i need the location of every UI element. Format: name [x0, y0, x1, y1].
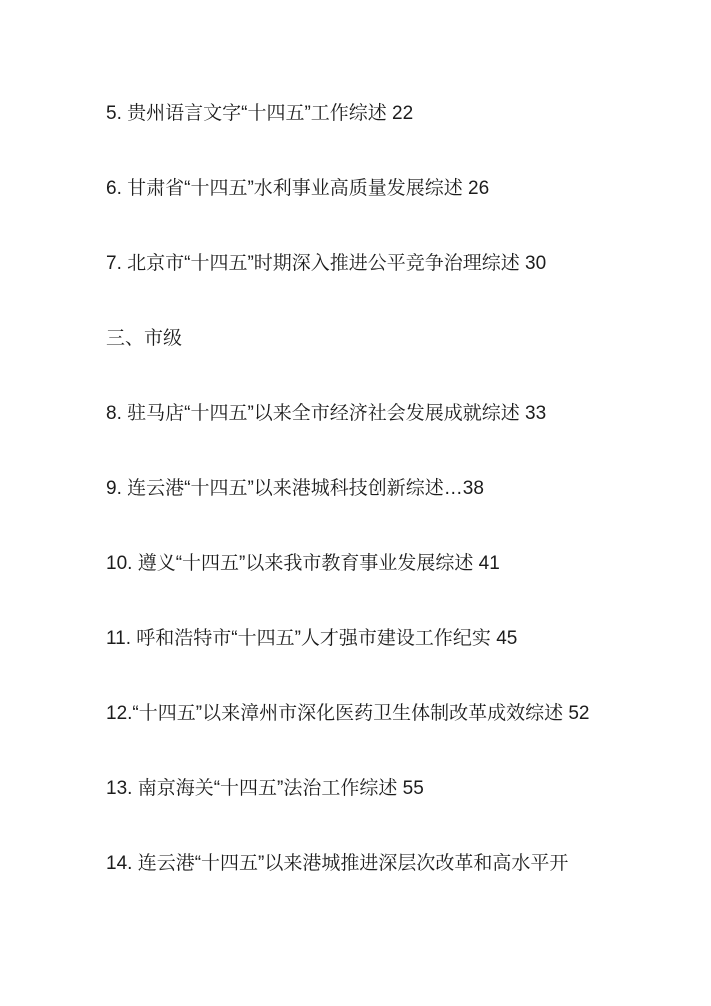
toc-item-5: 5. 贵州语言文字“十四五”工作综述 22	[106, 95, 596, 133]
toc-item-11: 11. 呼和浩特市“十四五”人才强市建设工作纪实 45	[106, 620, 596, 658]
toc-item-7: 7. 北京市“十四五”时期深入推进公平竞争治理综述 30	[106, 245, 596, 283]
toc-item-10: 10. 遵义“十四五”以来我市教育事业发展综述 41	[106, 545, 596, 583]
toc-item-6: 6. 甘肃省“十四五”水利事业高质量发展综述 26	[106, 170, 596, 208]
toc-item-13: 13. 南京海关“十四五”法治工作综述 55	[106, 770, 596, 808]
toc-item-9: 9. 连云港“十四五”以来港城科技创新综述…38	[106, 470, 596, 508]
toc-item-12: 12.“十四五”以来漳州市深化医药卫生体制改革成效综述 52	[106, 695, 596, 733]
toc-item-8: 8. 驻马店“十四五”以来全市经济社会发展成就综述 33	[106, 395, 596, 433]
section-heading-city-level: 三、市级	[106, 320, 596, 358]
document-page: 5. 贵州语言文字“十四五”工作综述 22 6. 甘肃省“十四五”水利事业高质量…	[0, 0, 711, 1006]
toc-item-14: 14. 连云港“十四五”以来港城推进深层次改革和高水平开	[106, 845, 596, 883]
